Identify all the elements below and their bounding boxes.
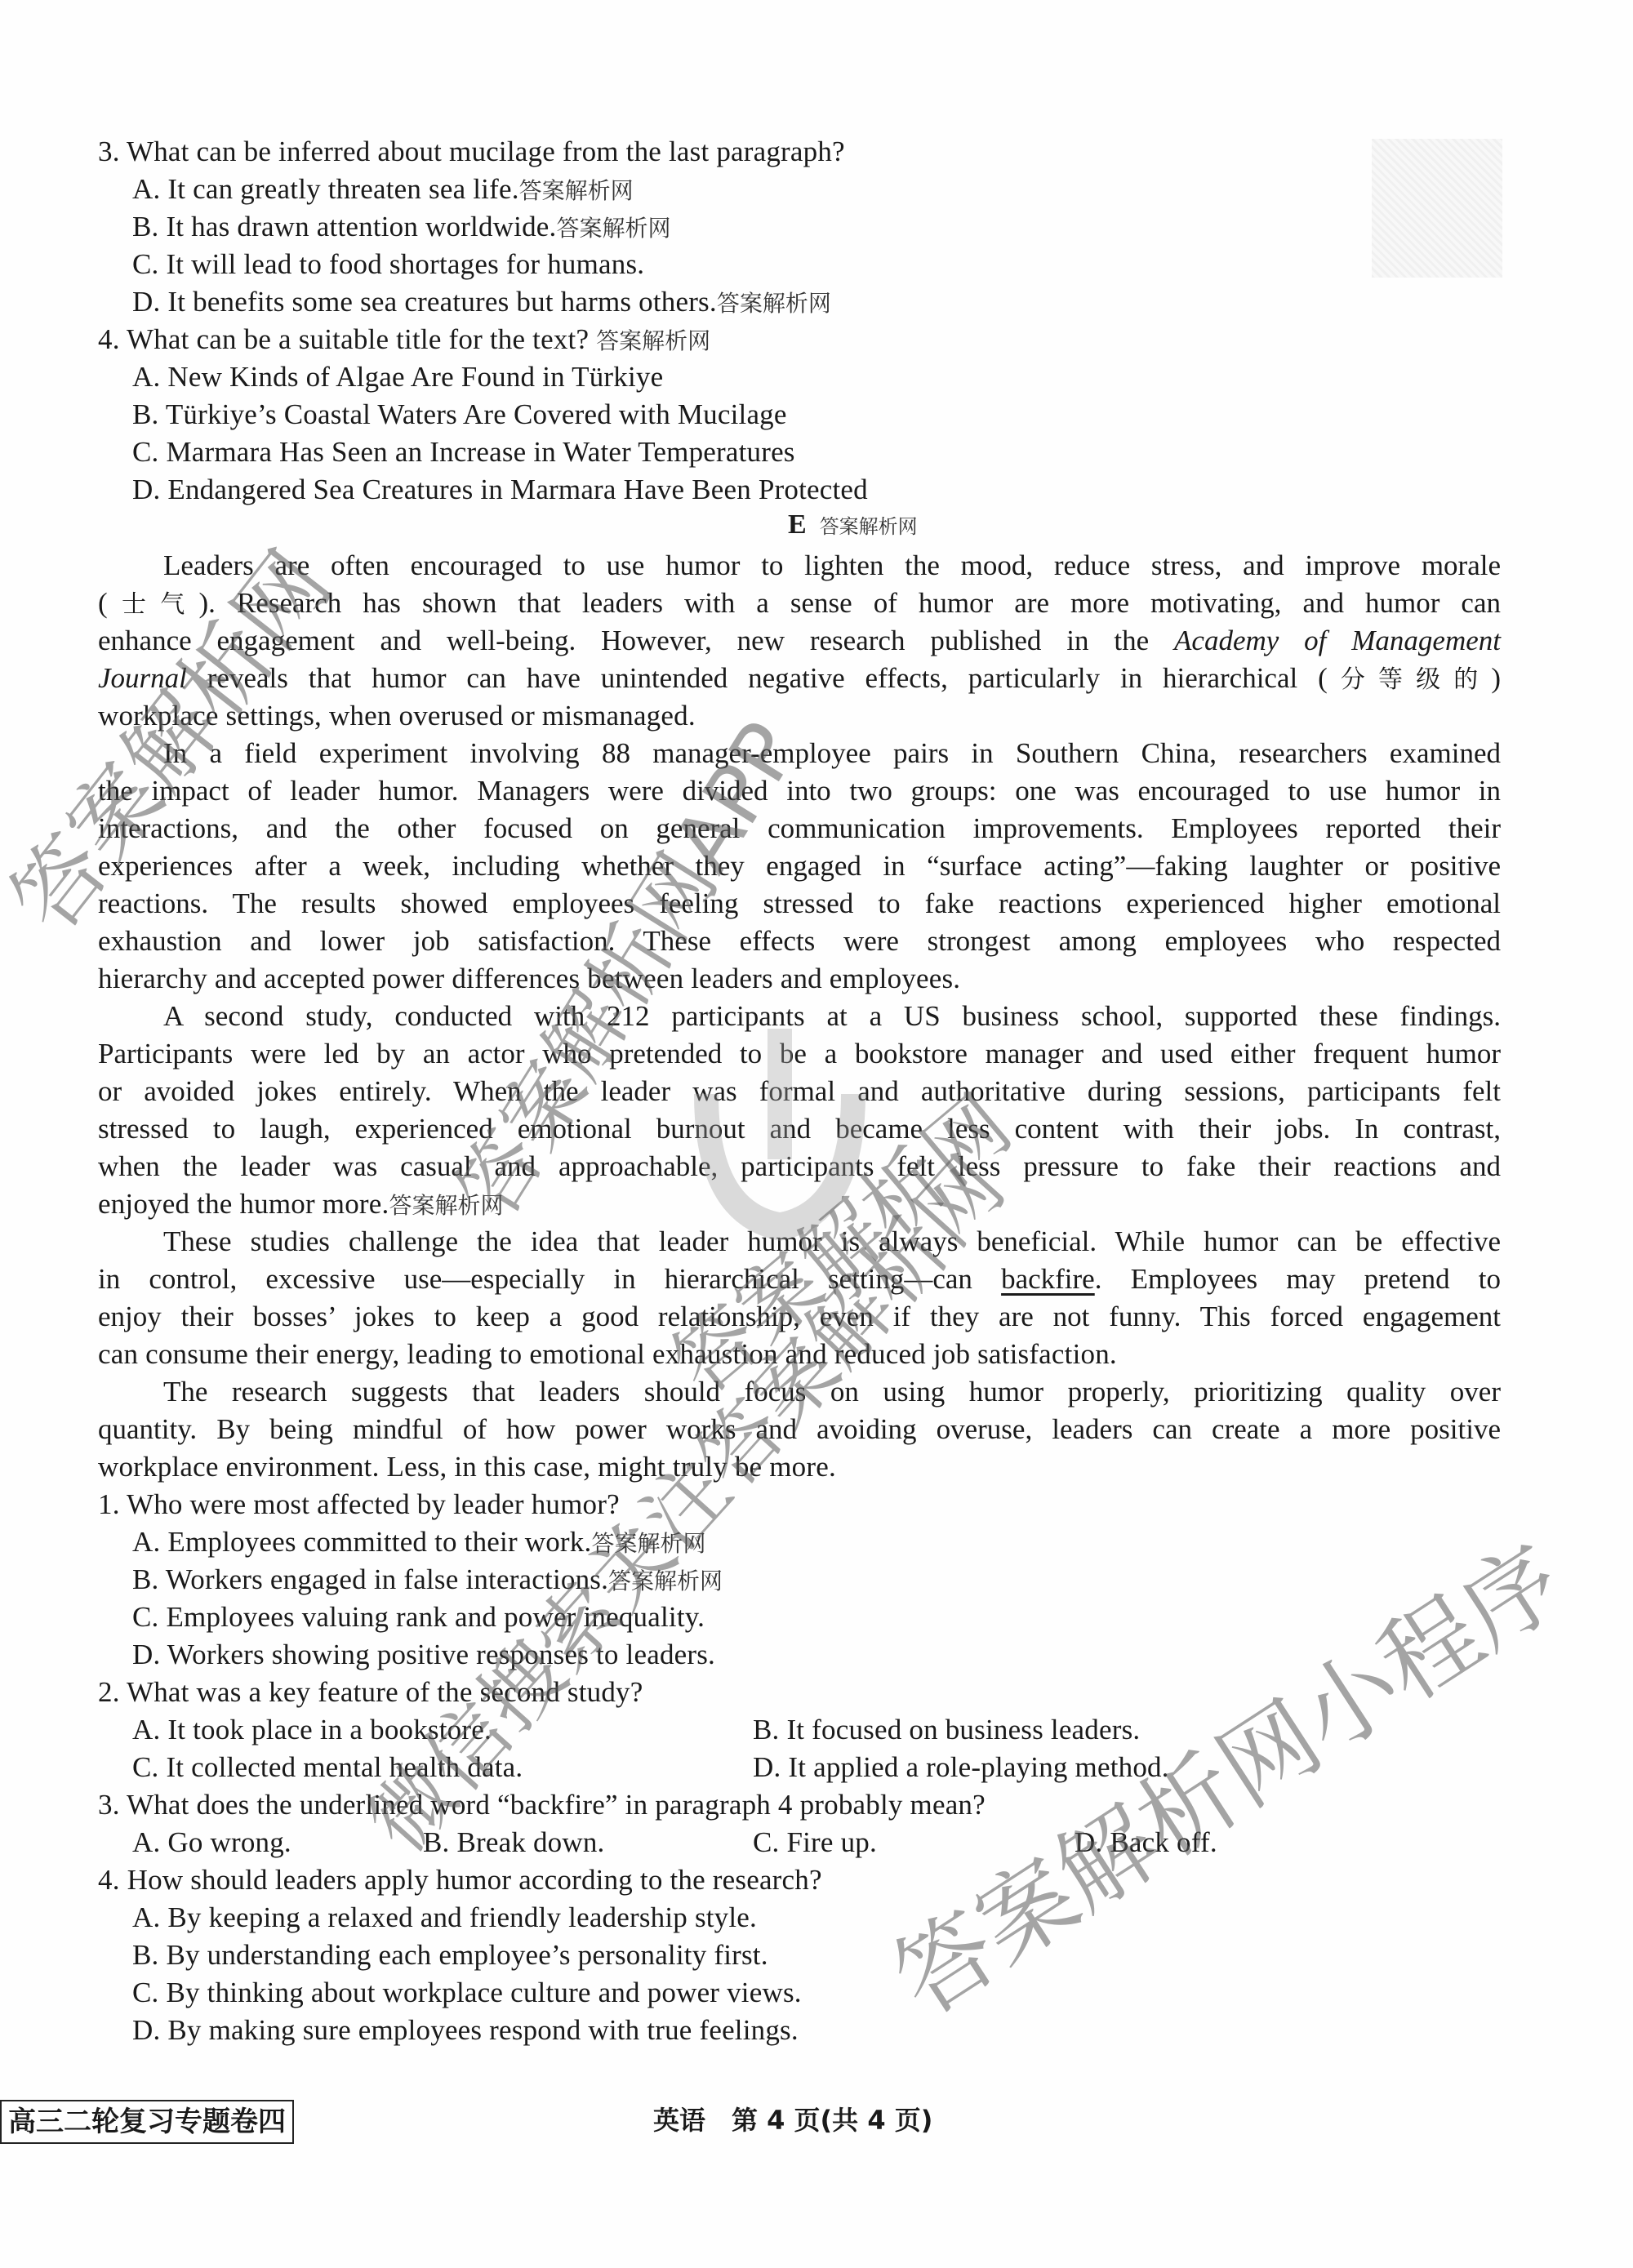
passage-line: interactions, and the other focused on g… bbox=[98, 810, 1501, 847]
question-e1-option-b: B. Workers engaged in false interactions… bbox=[132, 1561, 723, 1600]
passage-line: workplace settings, when overused or mis… bbox=[98, 697, 696, 735]
question-d3-option-a: A. It can greatly threaten sea life.答案解析… bbox=[132, 171, 634, 210]
question-e3-option-d: D. Back off. bbox=[1075, 1824, 1217, 1861]
passage-line: quantity. By being mindful of how power … bbox=[98, 1411, 1501, 1448]
question-e3-stem: 3. What does the underlined word “backfi… bbox=[98, 1786, 986, 1824]
inline-watermark: 答案解析网 bbox=[519, 177, 634, 204]
bleed-through-qr-code bbox=[1372, 139, 1502, 278]
inline-watermark: 答案解析网 bbox=[717, 290, 831, 317]
question-d3-option-c: C. It will lead to food shortages for hu… bbox=[132, 246, 644, 283]
section-e-heading: E答案解析网 bbox=[788, 509, 918, 540]
question-e2-option-d: D. It applied a role-playing method. bbox=[753, 1749, 1169, 1786]
passage-line: The research suggests that leaders shoul… bbox=[163, 1373, 1501, 1411]
faint-logo-mark bbox=[678, 1021, 882, 1249]
passage-line: hierarchy and accepted power differences… bbox=[98, 960, 960, 998]
exam-page: 3. What can be inferred about mucilage f… bbox=[0, 0, 1633, 2268]
question-e2-stem: 2. What was a key feature of the second … bbox=[98, 1674, 643, 1711]
question-d4-option-b: B. Türkiye’s Coastal Waters Are Covered … bbox=[132, 396, 787, 434]
question-e4-stem: 4. How should leaders apply humor accord… bbox=[98, 1861, 822, 1899]
passage-line: In a field experiment involving 88 manag… bbox=[163, 735, 1501, 772]
inline-watermark: 答案解析网 bbox=[389, 1192, 503, 1219]
question-e2-option-b: B. It focused on business leaders. bbox=[753, 1711, 1140, 1749]
passage-line: (士气). Research has shown that leaders wi… bbox=[98, 585, 1501, 624]
passage-line: can consume their energy, leading to emo… bbox=[98, 1336, 1117, 1373]
inline-watermark: 答案解析网 bbox=[556, 215, 670, 242]
question-e1-option-a: A. Employees committed to their work.答案解… bbox=[132, 1523, 705, 1563]
inline-watermark: 答案解析网 bbox=[596, 327, 710, 354]
question-e3-option-b: B. Break down. bbox=[423, 1824, 605, 1861]
question-d4-stem: 4. What can be a suitable title for the … bbox=[98, 321, 710, 360]
question-e2-option-c: C. It collected mental health data. bbox=[132, 1749, 523, 1786]
inline-watermark: 答案解析网 bbox=[820, 515, 918, 538]
question-e1-option-d: D. Workers showing positive responses to… bbox=[132, 1636, 715, 1674]
question-d4-option-a: A. New Kinds of Algae Are Found in Türki… bbox=[132, 358, 663, 396]
question-e4-option-a: A. By keeping a relaxed and friendly lea… bbox=[132, 1899, 757, 1937]
question-e2-option-a: A. It took place in a bookstore. bbox=[132, 1711, 492, 1749]
question-e1-option-c: C. Employees valuing rank and power ineq… bbox=[132, 1599, 705, 1636]
question-e1-stem: 1. Who were most affected by leader humo… bbox=[98, 1486, 620, 1523]
question-e3-option-c: C. Fire up. bbox=[753, 1824, 877, 1861]
question-d3-stem: 3. What can be inferred about mucilage f… bbox=[98, 133, 845, 171]
passage-line: enjoy their bosses’ jokes to keep a good… bbox=[98, 1298, 1501, 1336]
passage-line: workplace environment. Less, in this cas… bbox=[98, 1448, 836, 1486]
question-e3-option-a: A. Go wrong. bbox=[132, 1824, 291, 1861]
question-d4-option-d: D. Endangered Sea Creatures in Marmara H… bbox=[132, 471, 868, 509]
question-e4-option-b: B. By understanding each employee’s pers… bbox=[132, 1937, 768, 1974]
question-d4-option-c: C. Marmara Has Seen an Increase in Water… bbox=[132, 434, 795, 471]
passage-line: Journal reveals that humor can have unin… bbox=[98, 660, 1501, 699]
passage-line: in control, excessive use—especially in … bbox=[98, 1261, 1501, 1298]
question-e4-option-c: C. By thinking about workplace culture a… bbox=[132, 1974, 802, 2012]
passage-line: exhaustion and lower job satisfaction. T… bbox=[98, 923, 1501, 960]
passage-line: the impact of leader humor. Managers wer… bbox=[98, 772, 1501, 810]
passage-line: Leaders are often encouraged to use humo… bbox=[163, 547, 1501, 585]
question-d3-option-b: B. It has drawn attention worldwide.答案解析… bbox=[132, 208, 670, 247]
passage-line: experiences after a week, including whet… bbox=[98, 847, 1501, 885]
question-d3-option-d: D. It benefits some sea creatures but ha… bbox=[132, 283, 831, 322]
passage-line: reactions. The results showed employees … bbox=[98, 885, 1501, 923]
series-label: 高三二轮复习专题卷四 bbox=[0, 2100, 294, 2144]
question-e4-option-d: D. By making sure employees respond with… bbox=[132, 2012, 799, 2049]
passage-line: enjoyed the humor more.答案解析网 bbox=[98, 1185, 503, 1225]
page-number: 英语 第 4 页(共 4 页) bbox=[653, 2100, 932, 2141]
passage-line: enhance engagement and well-being. Howev… bbox=[98, 622, 1501, 660]
